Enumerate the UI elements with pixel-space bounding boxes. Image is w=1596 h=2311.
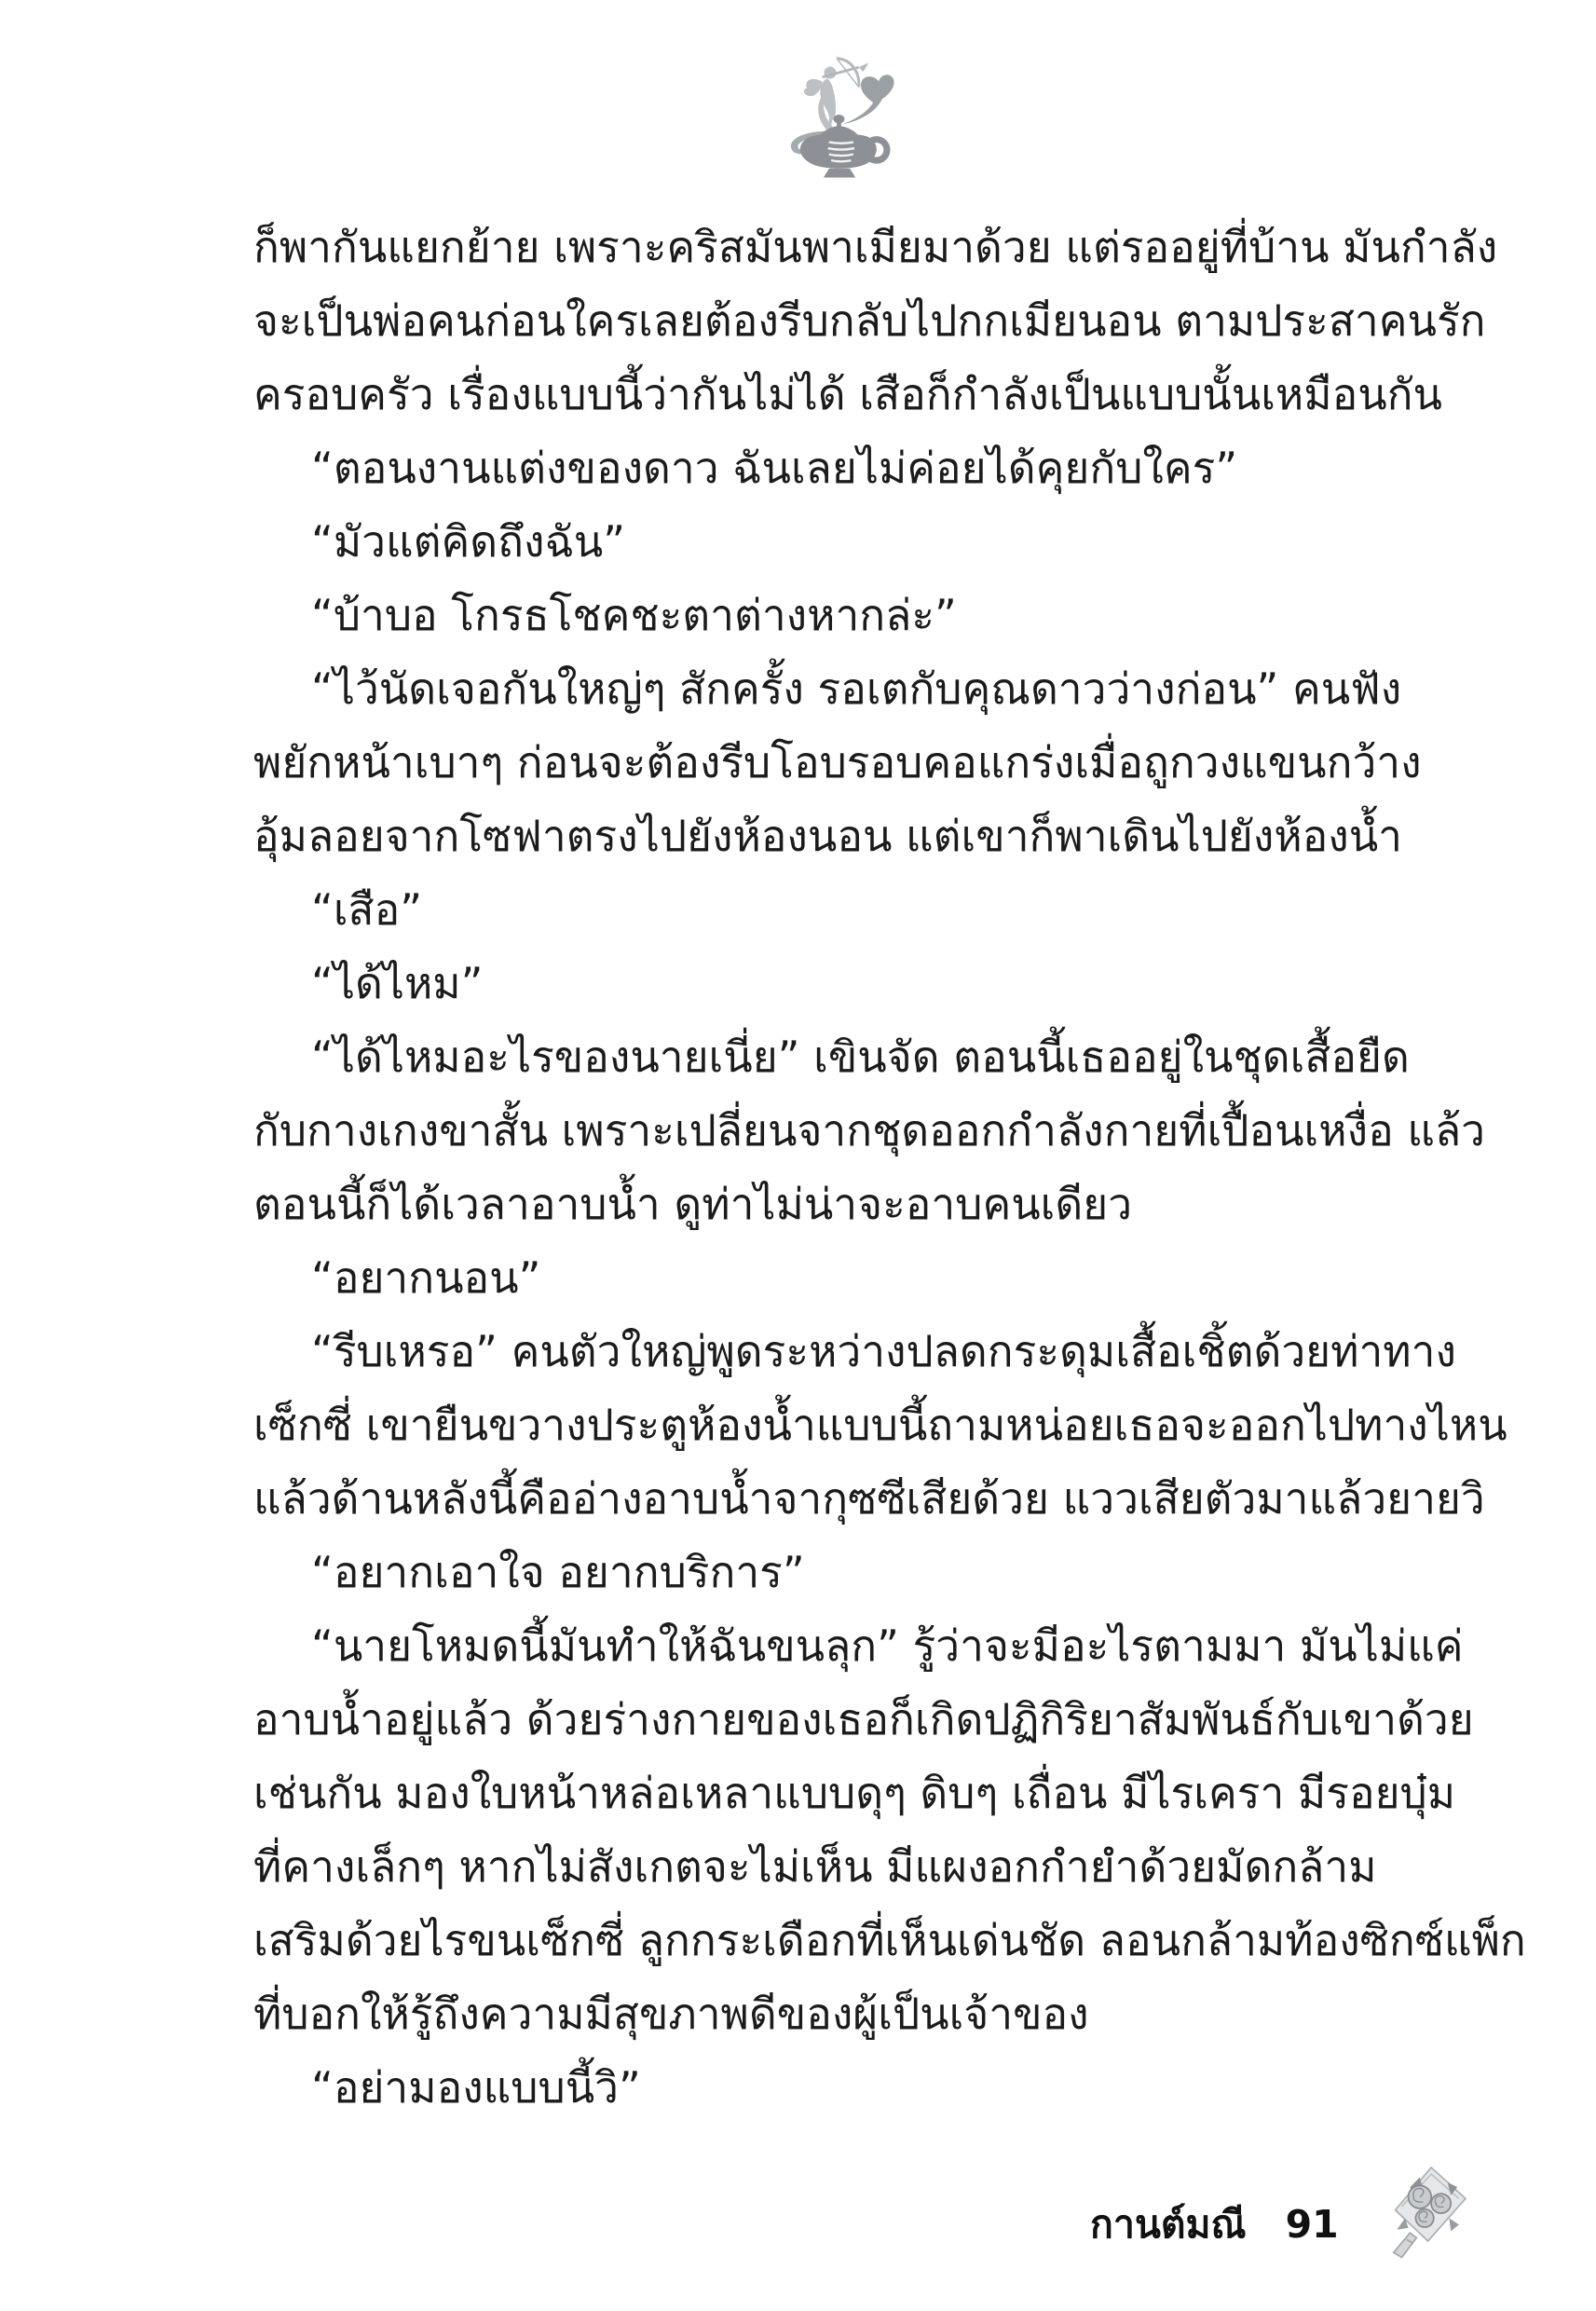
genie-lamp-cupid-ornament-icon (773, 48, 911, 181)
body-text: ก็พากันแยกย้าย เพราะคริสมันพาเมียมาด้วย … (253, 211, 1451, 2125)
text-line: “ได้ไหม” (253, 947, 1451, 1020)
text-line: “ตอนงานแต่งของดาว ฉันเลยไม่ค่อยได้คุยกับ… (253, 431, 1451, 505)
text-line: “รีบเหรอ” คนตัวใหญ่พูดระหว่างปลดกระดุมเส… (253, 1315, 1451, 1388)
text-line: จะเป็นพ่อคนก่อนใครเลยต้องรีบกลับไปกกเมีย… (253, 284, 1451, 358)
text-line: ที่บอกให้รู้ถึงความมีสุขภาพดีของผู้เป็นเ… (253, 1977, 1451, 2051)
text-line: “อย่ามองแบบนี้วิ” (253, 2051, 1451, 2125)
text-line: พยักหน้าเบาๆ ก่อนจะต้องรีบโอบรอบคอแกร่งเ… (253, 726, 1451, 800)
book-page: ก็พากันแยกย้าย เพราะคริสมันพาเมียมาด้วย … (0, 0, 1596, 2311)
text-line: แล้วด้านหลังนี้คืออ่างอาบน้ำจากุซซีเสียด… (253, 1462, 1451, 1536)
text-line: ก็พากันแยกย้าย เพราะคริสมันพาเมียมาด้วย … (253, 211, 1451, 284)
text-line: “ได้ไหมอะไรของนายเนี่ย” เขินจัด ตอนนี้เธ… (253, 1020, 1451, 1094)
text-line: “บ้าบอ โกรธโชคชะตาต่างหากล่ะ” (253, 579, 1451, 652)
text-line: ตอนนี้ก็ได้เวลาอาบน้ำ ดูท่าไม่น่าจะอาบคน… (253, 1168, 1451, 1241)
text-line: ที่คางเล็กๆ หากไม่สังเกตจะไม่เห็น มีแผงอ… (253, 1830, 1451, 1904)
text-line: “มัวแต่คิดถึงฉัน” (253, 505, 1451, 579)
page-number: 91 (1286, 2202, 1339, 2247)
text-line: ครอบครัว เรื่องแบบนี้ว่ากันไม่ได้ เสือก็… (253, 358, 1451, 431)
text-line: “อยากนอน” (253, 1241, 1451, 1315)
text-line: เซ็กซี่ เขายืนขวางประตูห้องน้ำแบบนี้ถามห… (253, 1388, 1451, 1462)
flower-bouquet-ornament-icon (1371, 2154, 1480, 2261)
text-line: เสริมด้วยไรขนเซ็กซี่ ลูกกระเดือกที่เห็นเ… (253, 1904, 1451, 1977)
text-line: เช่นกัน มองใบหน้าหล่อเหลาแบบดุๆ ดิบๆ เถื… (253, 1757, 1451, 1830)
footer-text: กานต์มณี 91 (1090, 2195, 1339, 2255)
text-line: “อยากเอาใจ อยากบริการ” (253, 1536, 1451, 1609)
book-title: กานต์มณี (1090, 2195, 1247, 2255)
text-line: อาบน้ำอยู่แล้ว ด้วยร่างกายของเธอก็เกิดปฏ… (253, 1683, 1451, 1757)
text-line: อุ้มลอยจากโซฟาตรงไปยังห้องนอน แต่เขาก็พา… (253, 800, 1451, 873)
text-line: “เสือ” (253, 873, 1451, 947)
text-line: “นายโหมดนี้มันทำให้ฉันขนลุก” รู้ว่าจะมีอ… (253, 1609, 1451, 1683)
text-line: กับกางเกงขาสั้น เพราะเปลี่ยนจากชุดออกกำล… (253, 1094, 1451, 1168)
text-line: “ไว้นัดเจอกันใหญ่ๆ สักครั้ง รอเตกับคุณดา… (253, 652, 1451, 726)
page-footer: กานต์มณี 91 (1090, 2154, 1480, 2261)
